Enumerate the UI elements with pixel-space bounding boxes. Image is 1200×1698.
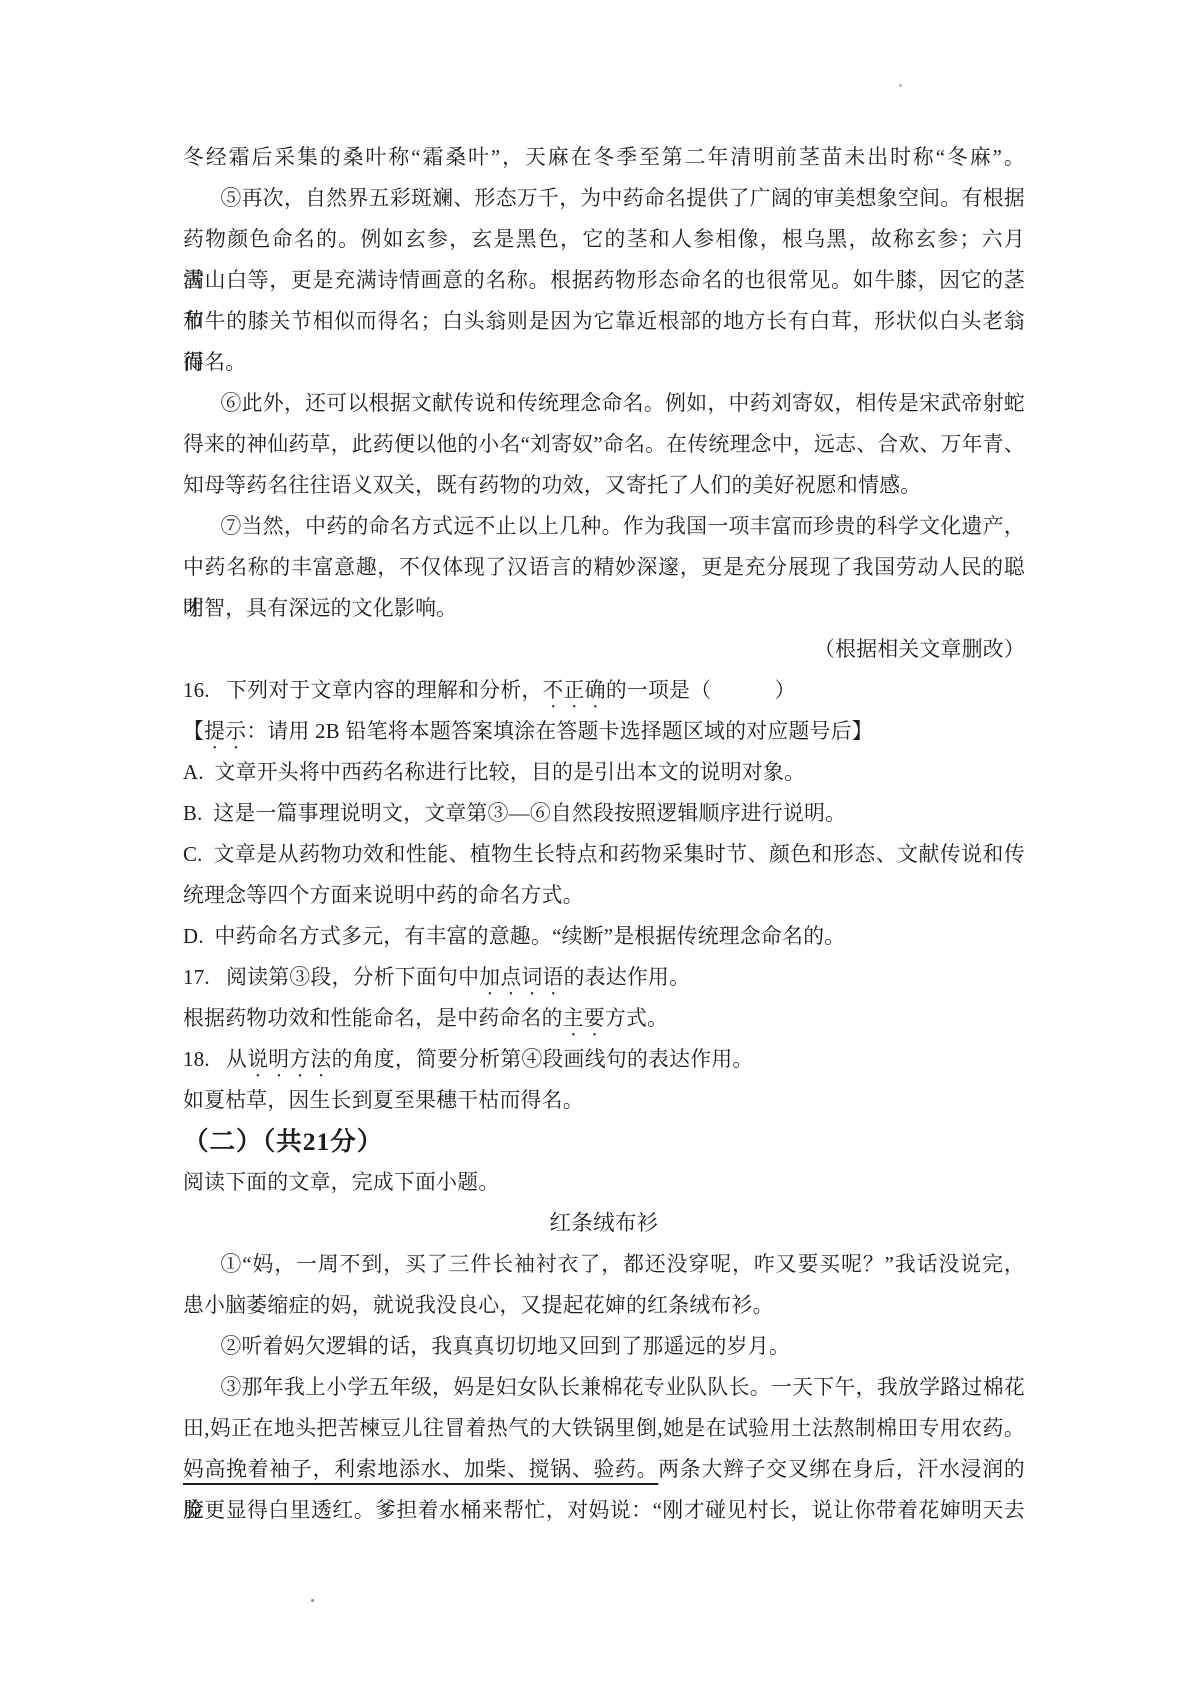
passage-zhongyao-line: 中药名称的丰富意趣，不仅体现了汉语言的精妙深邃，更是充分展现了我国劳动人民的聪明 bbox=[183, 547, 1025, 588]
document-body: 冬经霜后采集的桑叶称“霜桑叶”，天麻在冬季至第二年清明前茎苗未出时称“冬麻”。⑤… bbox=[183, 137, 1025, 1531]
option-b: B. 这是一篇事理说明文，文章第③—⑥自然段按照逻辑顺序进行说明。 bbox=[183, 793, 1025, 834]
question-17-stem: 17. 阅读第③段，分析下面句中加点词语的表达作用。 bbox=[183, 957, 1025, 998]
passage-hongtiaorong-line: 田,妈正在地头把苦楝豆儿往冒着热气的大铁锅里倒,她是在试验用土法熬制棉田专用农药… bbox=[183, 1408, 1025, 1449]
passage-hongtiaorong-line: 患小脑萎缩症的妈，就说我没良心，又提起花婶的红条绒布衫。 bbox=[183, 1285, 1025, 1326]
text-run: 得来的神仙药草，此药便以他的小名“刘寄奴”命名。在传统理念中，远志、合欢、万年青… bbox=[183, 433, 1025, 456]
text-run: ③那年我上小学五年级，妈是妇女队长兼棉花专业队队长。一天下午，我放学路过棉花 bbox=[220, 1376, 1025, 1399]
passage-zhongyao-line: 才智，具有深远的文化影响。 bbox=[183, 588, 1025, 629]
passage-zhongyao-line: 满山白等，更是充满诗情画意的名称。根据药物形态命名的也很常见。如牛膝，因它的茎节 bbox=[183, 260, 1025, 301]
text-run: 的角度，简要分析第④段画线句的表达作用。 bbox=[332, 1048, 754, 1071]
question-16-stem: 16. 下列对于文章内容的理解和分析，不正确的一项是（ ） bbox=[183, 670, 1025, 711]
passage-zhongyao-line: ⑤再次，自然界五彩斑斓、形态万千，为中药命名提供了广阔的审美想象空间。有根据 bbox=[183, 178, 1025, 219]
text-run: 知母等药名往往语义双关，既有药物的功效，又寄托了人们的美好祝愿和情感。 bbox=[183, 474, 921, 497]
text-run: 18. 从 bbox=[183, 1048, 247, 1071]
question-18-quote: 如夏枯草，因生长到夏至果穗干枯而得名。 bbox=[183, 1080, 1025, 1121]
text-run: 方式。 bbox=[605, 1007, 668, 1030]
passage-zhongyao-line: 和牛的膝关节相似而得名；白头翁则是因为它靠近根部的地方长有白茸，形状似白头老翁而 bbox=[183, 301, 1025, 342]
emphasis-dotted-text: 说明方法 bbox=[247, 1048, 331, 1071]
passage-title: 红条绒布衫 bbox=[183, 1203, 1025, 1244]
passage-hongtiaorong-line: ③那年我上小学五年级，妈是妇女队长兼棉花专业队队长。一天下午，我放学路过棉花 bbox=[183, 1367, 1025, 1408]
question-18-stem: 18. 从说明方法的角度，简要分析第④段画线句的表达作用。 bbox=[183, 1039, 1025, 1080]
text-run: （根据相关文章删改） bbox=[814, 638, 1025, 661]
passage-hongtiaorong-line: ②听着妈欠逻辑的话，我真真切切地又回到了那遥远的岁月。 bbox=[183, 1326, 1025, 1367]
passage-zhongyao-line: 药物颜色命名的。例如玄参，玄是黑色，它的茎和人参相像，根乌黑，故称玄参；六月雪、 bbox=[183, 219, 1025, 260]
text-run: 根据药物功效和性能命名，是中药命名的 bbox=[183, 1007, 563, 1030]
passage-zhongyao-line: 知母等药名往往语义双关，既有药物的功效，又寄托了人们的美好祝愿和情感。 bbox=[183, 465, 1025, 506]
answer-sheet-hint: 【提示：请用 2B 铅笔将本题答案填涂在答题卡选择题区域的对应题号后】 bbox=[183, 711, 1025, 752]
option-c-line-1: C. 文章是从药物功效和性能、植物生长特点和药物采集时节、颜色和形态、文献传说和… bbox=[183, 834, 1025, 875]
source-note: （根据相关文章删改） bbox=[183, 629, 1025, 670]
text-run: C. 文章是从药物功效和性能、植物生长特点和药物采集时节、颜色和形态、文献传说和… bbox=[183, 843, 1025, 866]
text-run: 才智，具有深远的文化影响。 bbox=[183, 597, 457, 620]
emphasis-dotted-text: 不正确 bbox=[543, 679, 606, 702]
text-run: ②听着妈欠逻辑的话，我真真切切地又回到了那遥远的岁月。 bbox=[220, 1335, 790, 1358]
text-run: 如夏枯草，因生长到夏至果穗干枯而得名。 bbox=[183, 1089, 584, 1112]
text-run: ⑥此外，还可以根据文献传说和传统理念命名。例如，中药刘寄奴，相传是宋武帝射蛇 bbox=[220, 392, 1025, 415]
section-heading: （二）（共21分） bbox=[183, 1121, 1025, 1162]
text-run: ①“妈，一周不到，买了三件长袖衬衣了，都还没穿呢，咋又要买呢？”我话没说完， bbox=[220, 1253, 1025, 1276]
passage-zhongyao-line: 得来的神仙药草，此药便以他的小名“刘寄奴”命名。在传统理念中，远志、合欢、万年青… bbox=[183, 424, 1025, 465]
passage-zhongyao-line: ⑥此外，还可以根据文献传说和传统理念命名。例如，中药刘寄奴，相传是宋武帝射蛇 bbox=[183, 383, 1025, 424]
text-run: 17. 阅读第③段，分析下面句中 bbox=[183, 966, 479, 989]
text-run: A. 文章开头将中西药名称进行比较，目的是引出本文的说明对象。 bbox=[183, 761, 805, 784]
option-a: A. 文章开头将中西药名称进行比较，目的是引出本文的说明对象。 bbox=[183, 752, 1025, 793]
text-run: 庞更显得白里透红。爹担着水桶来帮忙，对妈说：“刚才碰见村长，说让你带着花婶明天去 bbox=[183, 1499, 1025, 1522]
reading-instruction: 阅读下面的文章，完成下面小题。 bbox=[183, 1162, 1025, 1203]
passage-hongtiaorong-line: 妈高挽着袖子，利索地添水、加柴、搅锅、验药。两条大辫子交叉绑在身后，汗水浸润的脸 bbox=[183, 1449, 1025, 1490]
passage-hongtiaorong-line: ①“妈，一周不到，买了三件长袖衬衣了，都还没穿呢，咋又要买呢？”我话没说完， bbox=[183, 1244, 1025, 1285]
text-run: 冬经霜后采集的桑叶称“霜桑叶”，天麻在冬季至第二年清明前茎苗未出时称“冬麻”。 bbox=[183, 146, 1025, 169]
emphasis-dotted-text: 提示 bbox=[204, 720, 246, 743]
option-d: D. 中药命名方式多元，有丰富的意趣。“续断”是根据传统理念命名的。 bbox=[183, 916, 1025, 957]
exam-page: 冬经霜后采集的桑叶称“霜桑叶”，天麻在冬季至第二年清明前茎苗未出时称“冬麻”。⑤… bbox=[0, 0, 1200, 1698]
passage-hongtiaorong-line: 庞更显得白里透红。爹担着水桶来帮忙，对妈说：“刚才碰见村长，说让你带着花婶明天去 bbox=[183, 1490, 1025, 1531]
text-run: 的表达作用。 bbox=[564, 966, 691, 989]
text-run: B. 这是一篇事理说明文，文章第③—⑥自然段按照逻辑顺序进行说明。 bbox=[183, 802, 846, 825]
option-c-line-2: 统理念等四个方面来说明中药的命名方式。 bbox=[183, 875, 1025, 916]
passage-zhongyao-line: 得名。 bbox=[183, 342, 1025, 383]
text-run: ：请用 2B 铅笔将本题答案填涂在答题卡选择题区域的对应题号后】 bbox=[246, 720, 873, 743]
text-run: D. 中药命名方式多元，有丰富的意趣。“续断”是根据传统理念命名的。 bbox=[183, 925, 845, 948]
text-run: 红条绒布衫 bbox=[549, 1211, 658, 1235]
text-run: ⑦当然，中药的命名方式远不止以上几种。作为我国一项丰富而珍贵的科学文化遗产， bbox=[220, 515, 1025, 538]
question-17-quote: 根据药物功效和性能命名，是中药命名的主要方式。 bbox=[183, 998, 1025, 1039]
text-run: 阅读下面的文章，完成下面小题。 bbox=[183, 1171, 499, 1194]
scan-artifact bbox=[899, 84, 902, 87]
passage-zhongyao-line: ⑦当然，中药的命名方式远不止以上几种。作为我国一项丰富而珍贵的科学文化遗产， bbox=[183, 506, 1025, 547]
text-run: 的一项是（ ） bbox=[606, 679, 796, 702]
text-run: 田,妈正在地头把苦楝豆儿往冒着热气的大铁锅里倒,她是在试验用土法熬制棉田专用农药… bbox=[183, 1417, 1025, 1440]
text-run: 患小脑萎缩症的妈，就说我没良心，又提起花婶的红条绒布衫。 bbox=[183, 1294, 774, 1317]
text-run: 16. 下列对于文章内容的理解和分析， bbox=[183, 679, 543, 702]
text-run: 【 bbox=[183, 720, 204, 743]
text-run: ⑤再次，自然界五彩斑斓、形态万千，为中药命名提供了广阔的审美想象空间。有根据 bbox=[220, 187, 1025, 210]
text-run: 统理念等四个方面来说明中药的命名方式。 bbox=[183, 884, 584, 907]
underlined-text: 妈高挽着袖子，利索地添水、加柴、搅锅、验药。 bbox=[183, 1458, 658, 1481]
emphasis-dotted-text: 主要 bbox=[563, 1007, 605, 1030]
scan-artifact bbox=[311, 1599, 314, 1602]
text-run: 得名。 bbox=[183, 351, 246, 374]
passage-zhongyao-line: 冬经霜后采集的桑叶称“霜桑叶”，天麻在冬季至第二年清明前茎苗未出时称“冬麻”。 bbox=[183, 137, 1025, 178]
text-run: （二）（共21分） bbox=[183, 1127, 383, 1156]
emphasis-dotted-text: 加点词语 bbox=[479, 966, 563, 989]
